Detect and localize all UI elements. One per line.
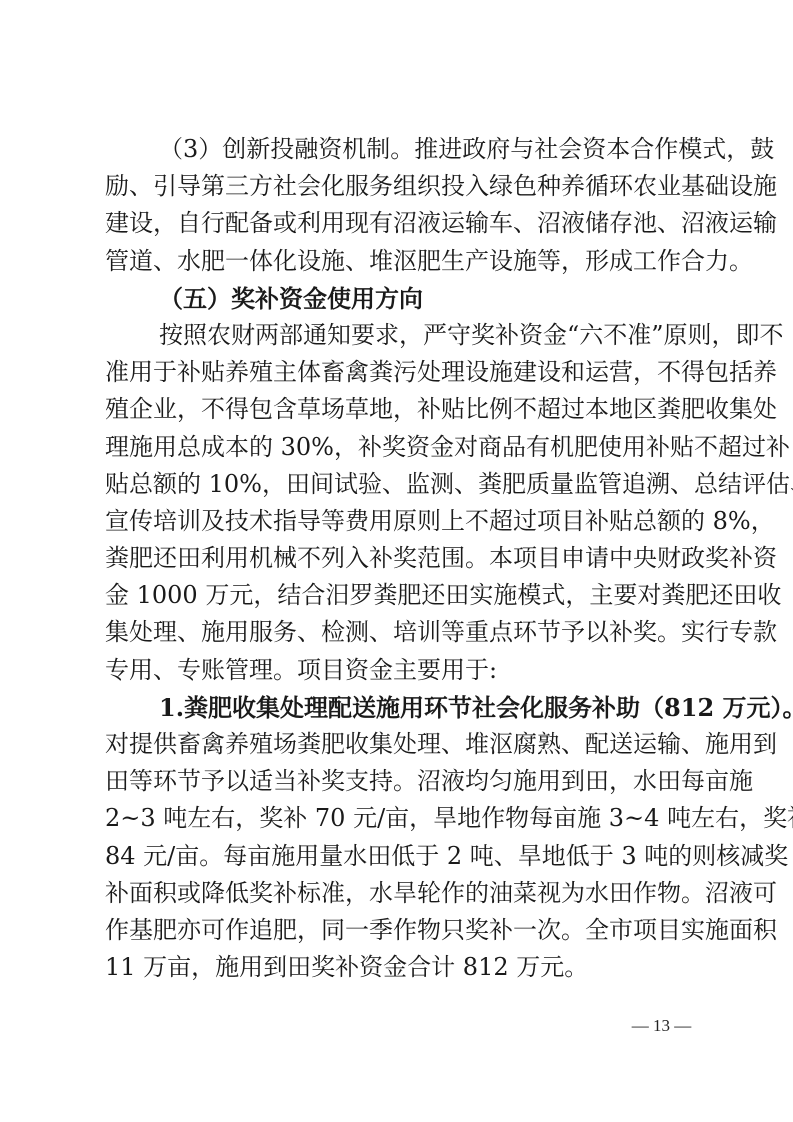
paragraph-line: 励、引导第三方社会化服务组织投入绿色种养循环农业基础设施 [105,168,698,205]
paragraph-line: 作基肥亦可作追肥，同一季作物只奖补一次。全市项目实施面积 [105,912,698,949]
document-page: （3）创新投融资机制。推进政府与社会资本合作模式，鼓 励、引导第三方社会化服务组… [105,131,698,986]
paragraph-line: 按照农财两部通知要求，严守奖补资金“六不准”原则，即不 [105,317,698,354]
paragraph-line: 粪肥还田利用机械不列入补奖范围。本项目申请中央财政奖补资 [105,540,698,577]
paragraph-line: 殖企业，不得包含草场草地，补贴比例不超过本地区粪肥收集处 [105,391,698,428]
paragraph-line: （3）创新投融资机制。推进政府与社会资本合作模式，鼓 [105,131,698,168]
paragraph-line: 对提供畜禽养殖场粪肥收集处理、堆沤腐熟、配送运输、施用到 [105,726,698,763]
paragraph-line: 专用、专账管理。项目资金主要用于: [105,652,698,689]
item-heading: 1.粪肥收集处理配送施用环节社会化服务补助（812 万元）。 [105,689,698,726]
paragraph-line: 理施用总成本的 30%，补奖资金对商品有机肥使用补贴不超过补 [105,429,698,466]
paragraph-line: 金 1000 万元，结合汨罗粪肥还田实施模式，主要对粪肥还田收 [105,577,698,614]
paragraph-line: 11 万亩，施用到田奖补资金合计 812 万元。 [105,949,698,986]
section-heading: （五）奖补资金使用方向 [105,280,698,317]
paragraph-line: 田等环节予以适当补奖支持。沼液均匀施用到田，水田每亩施 [105,763,698,800]
paragraph-line: 贴总额的 10%，田间试验、监测、粪肥质量监管追溯、总结评估、 [105,466,698,503]
paragraph-line: 宣传培训及技术指导等费用原则上不超过项目补贴总额的 8%， [105,503,698,540]
paragraph-line: 补面积或降低奖补标准，水旱轮作的油菜视为水田作物。沼液可 [105,875,698,912]
paragraph-line: 84 元/亩。每亩施用量水田低于 2 吨、旱地低于 3 吨的则核减奖 [105,838,698,875]
paragraph-line: 2~3 吨左右，奖补 70 元/亩，旱地作物每亩施 3~4 吨左右，奖补 [105,800,698,837]
paragraph-line: 准用于补贴养殖主体畜禽粪污处理设施建设和运营，不得包括养 [105,354,698,391]
paragraph-line: 建设，自行配备或利用现有沼液运输车、沼液储存池、沼液运输 [105,205,698,242]
paragraph-line: 管道、水肥一体化设施、堆沤肥生产设施等，形成工作合力。 [105,243,698,280]
paragraph-line: 集处理、施用服务、检测、培训等重点环节予以补奖。实行专款 [105,614,698,651]
page-number: — 13 — [0,1016,793,1036]
